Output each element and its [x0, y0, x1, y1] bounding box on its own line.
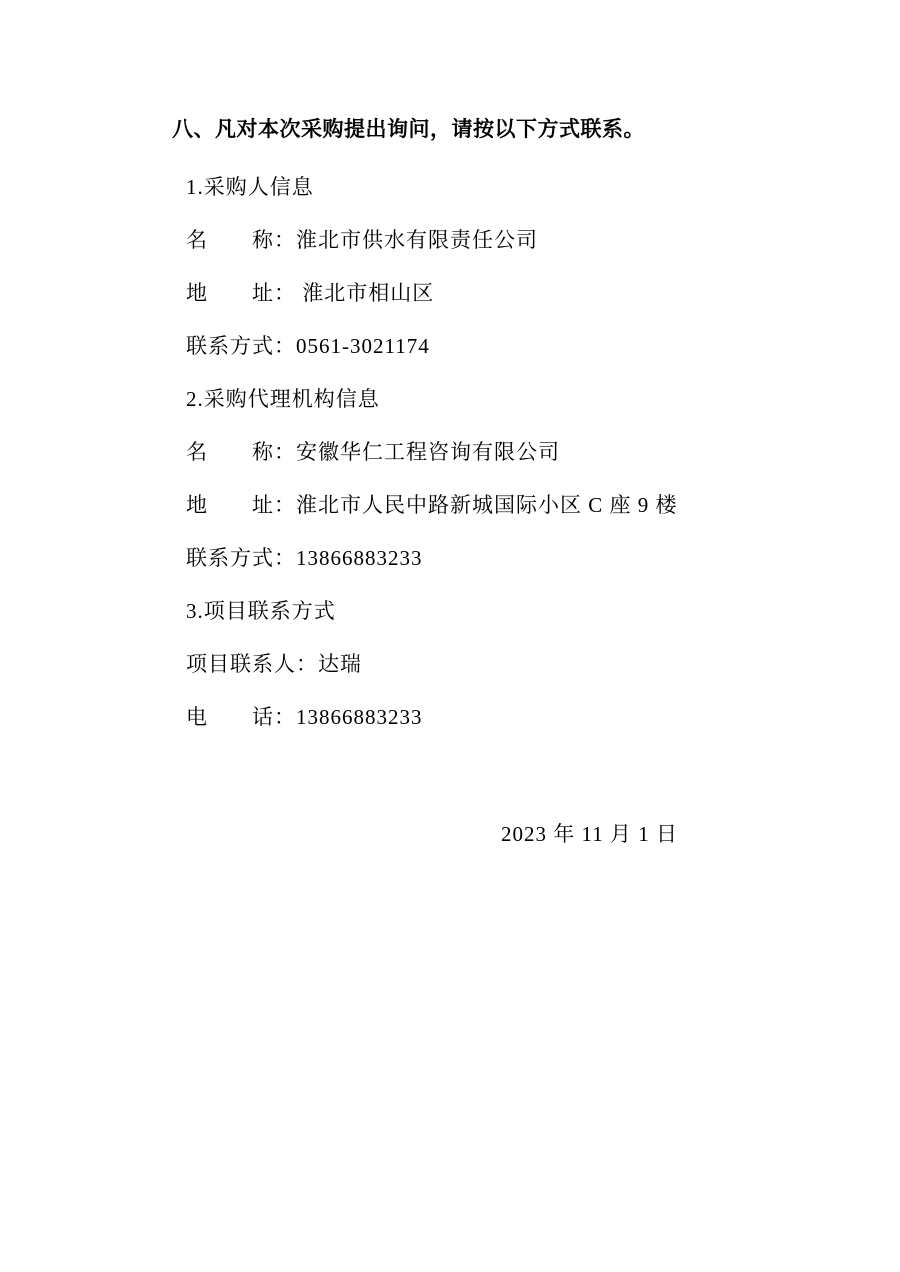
document-date: 2023 年 11 月 1 日 — [186, 823, 678, 845]
agency-contact-line: 联系方式：13866883233 — [186, 547, 900, 569]
document-page: 八、凡对本次采购提出询问，请按以下方式联系。 1.采购人信息 名 称：淮北市供水… — [0, 0, 900, 1272]
buyer-contact-line: 联系方式：0561-3021174 — [186, 335, 900, 357]
subsection-title-agency-info: 2.采购代理机构信息 — [186, 388, 900, 410]
document-body: 八、凡对本次采购提出询问，请按以下方式联系。 1.采购人信息 名 称：淮北市供水… — [0, 0, 900, 845]
project-phone-line: 电 话：13866883233 — [186, 706, 900, 728]
subsection-title-project-contact: 3.项目联系方式 — [186, 600, 900, 622]
agency-address-line: 地 址：淮北市人民中路新城国际小区 C 座 9 楼 — [186, 494, 900, 516]
agency-name-line: 名 称：安徽华仁工程咨询有限公司 — [186, 441, 900, 463]
project-contact-person-line: 项目联系人：达瑞 — [186, 653, 900, 675]
buyer-name-line: 名 称：淮北市供水有限责任公司 — [186, 229, 900, 251]
subsection-title-buyer-info: 1.采购人信息 — [186, 176, 900, 198]
section-heading: 八、凡对本次采购提出询问，请按以下方式联系。 — [172, 118, 900, 140]
buyer-address-line: 地 址： 淮北市相山区 — [186, 282, 900, 304]
